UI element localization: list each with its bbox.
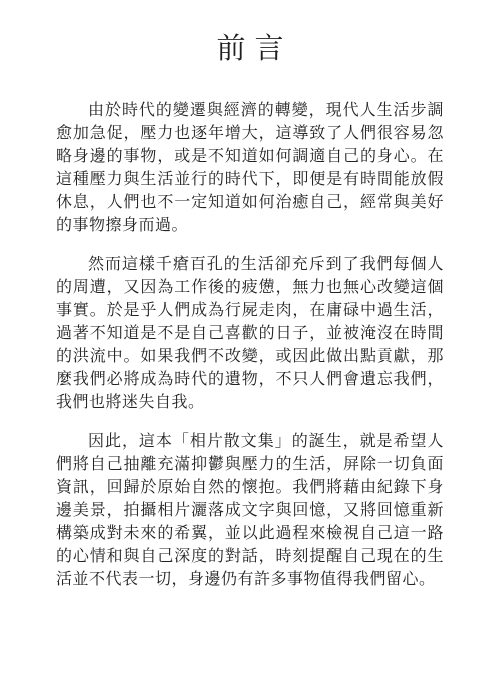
paragraph-3: 因此，這本「相片散文集」的誕生，就是希望人們將自己抽離充滿抑鬱與壓力的生活，屏除… <box>56 430 444 591</box>
page-title: 前言 <box>56 34 444 66</box>
paragraph-1: 由於時代的變遷與經濟的轉變，現代人生活步調愈加急促，壓力也逐年增大，這導致了人們… <box>56 99 444 237</box>
document-page: 前言 由於時代的變遷與經濟的轉變，現代人生活步調愈加急促，壓力也逐年增大，這導致… <box>0 0 500 700</box>
document-body: 由於時代的變遷與經濟的轉變，現代人生活步調愈加急促，壓力也逐年增大，這導致了人們… <box>56 99 444 591</box>
paragraph-2: 然而這樣千瘡百孔的生活卻充斥到了我們每個人的周遭，又因為工作後的疲憊，無力也無心… <box>56 253 444 414</box>
